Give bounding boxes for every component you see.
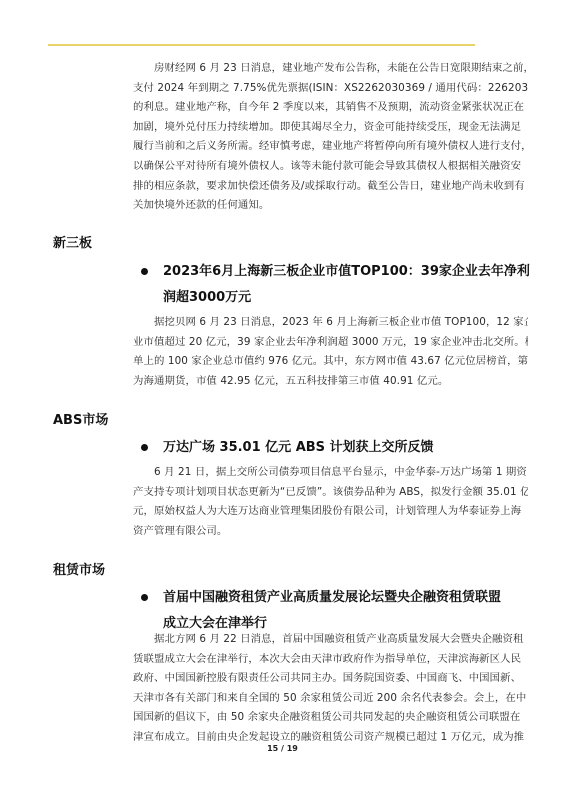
paragraph-line: 天津市各有关部门和来自全国的 50 余家租赁公司近 200 余名代表参会。会上，… — [133, 689, 528, 709]
section-body-leasing: 据北方网 6 月 22 日消息，首届中国融资租赁产业高质量发展大会暨央企融资租 … — [133, 630, 528, 748]
paragraph-line: 政府、中国国新控股有限责任公司共同主办。国务院国资委、中国商飞、中国国新、 — [133, 669, 528, 689]
paragraph-line: 产支持专项计划项目状态更新为“已反馈”。该债券品种为 ABS，拟发行金额 35.… — [133, 483, 528, 503]
paragraph-line: 关加快境外还款的任何通知。 — [133, 196, 528, 216]
bullet-title: 2023年6月上海新三板企业市值TOP100：39家企业去年净利 润超3000万… — [163, 260, 530, 312]
paragraph-line: 房财经网 6 月 23 日消息，建业地产发布公告称，未能在公告日宽限期结束之前， — [133, 59, 528, 79]
paragraph-line: 据挖贝网 6 月 23 日消息，2023 年 6 月上海新三板企业市值 TOP1… — [133, 313, 528, 333]
paragraph-line: 以确保公平对待所有境外债权人。该等未能付款可能会导致其债权人根据相关融资安 — [133, 157, 528, 177]
paragraph-line: 的利息。建业地产称，自今年 2 季度以来，其销售不及预期，流动资金紧张状况正在 — [133, 98, 528, 118]
header-rule — [48, 44, 475, 46]
paragraph-line: 加剧，境外兑付压力持续增加。即使其竭尽全力，资金可能持续受压，现金无法满足 — [133, 118, 528, 138]
paragraph-line: 单上的 100 家企业总市值约 976 亿元。其中，东方网市值 43.67 亿元… — [133, 352, 528, 372]
paragraph-line: 排的相应条款，要求加快偿还债务及/或採取行动。截至公告日，建业地产尚未收到有 — [133, 177, 528, 197]
paragraph-line: 资产管理有限公司。 — [133, 522, 528, 542]
bullet-title: 万达广场 35.01 亿元 ABS 计划获上交所反馈 — [163, 436, 434, 462]
bullet-title-line: 2023年6月上海新三板企业市值TOP100：39家企业去年净利 — [163, 260, 530, 286]
bullet-dot-icon — [141, 268, 148, 275]
bullet-title-line: 润超3000万元 — [163, 286, 530, 312]
paragraph-line: 履行当前和之后义务所需。经审慎考虑，建业地产将暂停向所有境外债权人进行支付， — [133, 137, 528, 157]
paragraph-line: 国国新的倡议下，由 50 余家央企融资租赁公司共同发起的央企融资租赁公司联盟在 — [133, 708, 528, 728]
paragraph-line: 为海通期货，市值 42.95 亿元，五五科技排第三市值 40.91 亿元。 — [133, 372, 528, 392]
paragraph-line: 赁联盟成立大会在津举行，本次大会由天津市政府作为指导单位，天津滨海新区人民 — [133, 650, 528, 670]
paragraph-line: 业市值超过 20 亿元，39 家企业去年净利润超 3000 万元，19 家企业冲… — [133, 333, 528, 353]
paragraph-line: 6 月 21 日，据上交所公司债券项目信息平台显示，中金华泰-万达广场第 1 期… — [133, 463, 528, 483]
section-body-abs: 6 月 21 日，据上交所公司债券项目信息平台显示，中金华泰-万达广场第 1 期… — [133, 463, 528, 541]
paragraph-line: 据北方网 6 月 22 日消息，首届中国融资租赁产业高质量发展大会暨央企融资租 — [133, 630, 528, 650]
intro-paragraph: 房财经网 6 月 23 日消息，建业地产发布公告称，未能在公告日宽限期结束之前，… — [133, 59, 528, 216]
paragraph-line: 支付 2024 年到期之 7.75%优先票据(ISIN：XS2262030369… — [133, 79, 528, 99]
paragraph-line: 元，原始权益人为大连万达商业管理集团股份有限公司，计划管理人为华泰证券上海 — [133, 502, 528, 522]
bullet-title-line: 万达广场 35.01 亿元 ABS 计划获上交所反馈 — [163, 436, 434, 462]
section-title-abs: ABS市场 — [53, 409, 108, 428]
bullet-dot-icon — [141, 594, 148, 601]
section-title-neeq: 新三板 — [53, 232, 92, 251]
page-number: 15 / 19 — [0, 744, 565, 753]
bullet-title-line: 首届中国融资租赁产业高质量发展论坛暨央企融资租赁联盟 — [163, 586, 501, 612]
section-title-leasing: 租赁市场 — [53, 559, 105, 578]
section-body-neeq: 据挖贝网 6 月 23 日消息，2023 年 6 月上海新三板企业市值 TOP1… — [133, 313, 528, 391]
bullet-dot-icon — [141, 444, 148, 451]
